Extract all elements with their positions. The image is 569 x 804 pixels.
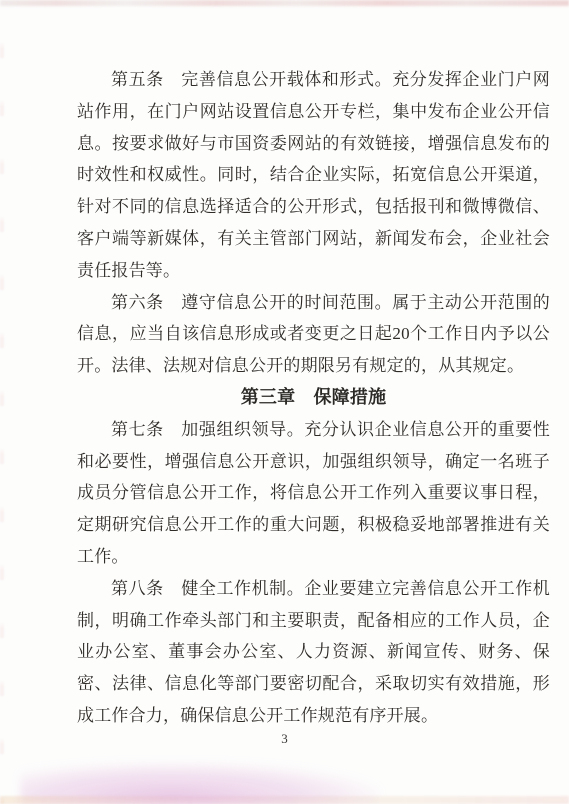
scanned-document-page: 第五条 完善信息公开载体和形式。充分发挥企业门户网站作用，在门户网站设置信息公开…: [0, 0, 569, 804]
chapter-heading: 第三章 保障措施: [77, 382, 550, 414]
scan-artifact-top-edge: [0, 0, 569, 6]
paragraph-article-6: 第六条 遵守信息公开的时间范围。属于主动公开范围的信息，应当自该信息形成或者变更…: [77, 287, 550, 382]
scan-artifact-bottom-smudge: [20, 762, 380, 804]
scan-artifact-left-edge: [0, 0, 4, 804]
paragraph-article-7: 第七条 加强组织领导。充分认识企业信息公开的重要性和必要性，增强信息公开意识，加…: [77, 414, 550, 573]
page-number: 3: [0, 731, 569, 747]
paragraph-article-5: 第五条 完善信息公开载体和形式。充分发挥企业门户网站作用，在门户网站设置信息公开…: [77, 64, 550, 287]
paragraph-article-8: 第八条 健全工作机制。企业要建立完善信息公开工作机制，明确工作牵头部门和主要职责…: [77, 573, 550, 732]
scan-artifact-bottom-edge: [0, 796, 569, 804]
document-body: 第五条 完善信息公开载体和形式。充分发挥企业门户网站作用，在门户网站设置信息公开…: [77, 64, 550, 732]
